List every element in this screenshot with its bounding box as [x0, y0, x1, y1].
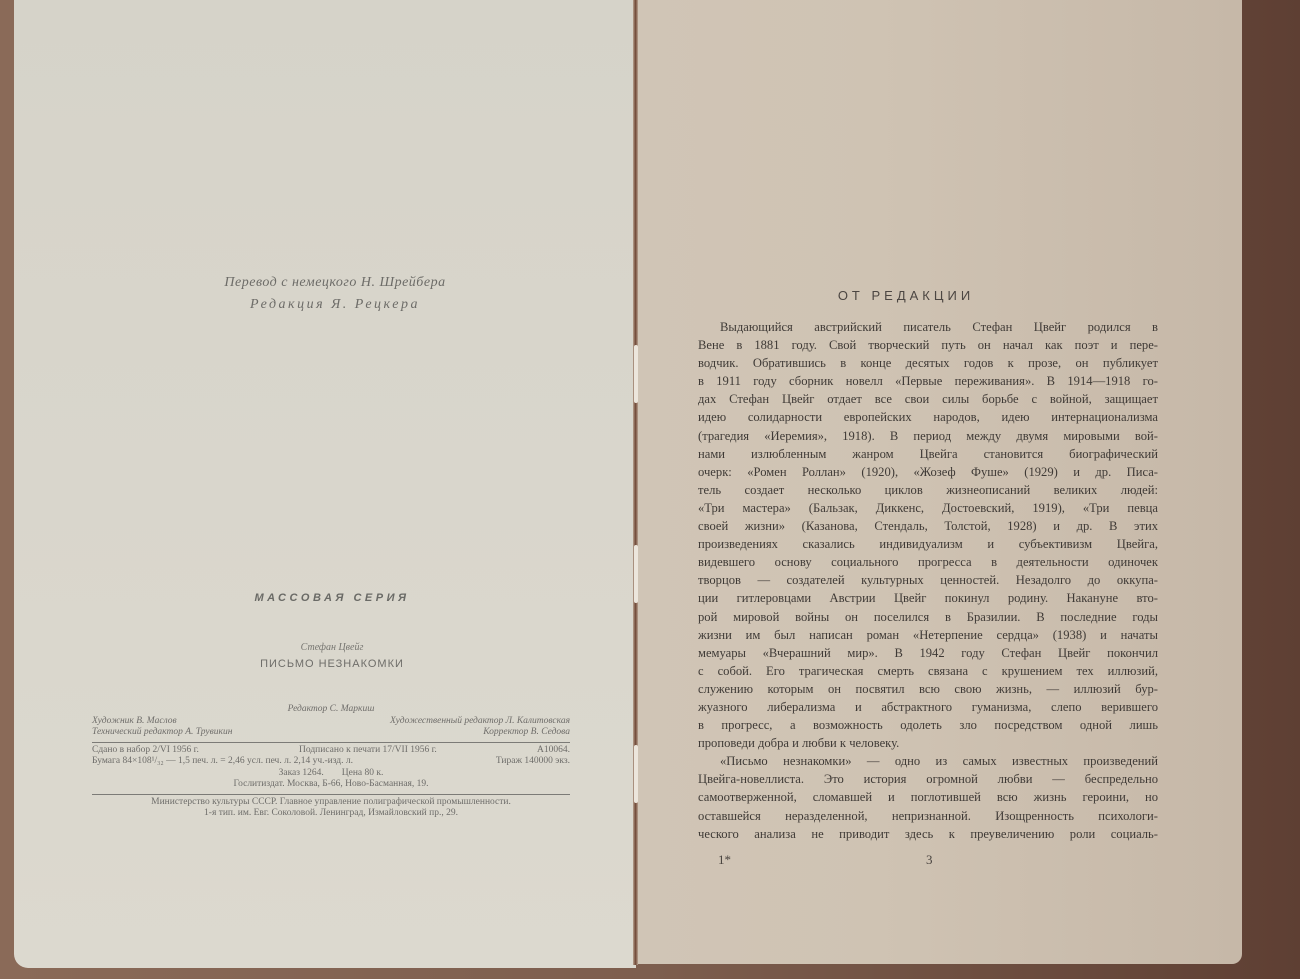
imprint-block: Редактор С. Маркиш Художник В. Маслов Ху…	[92, 704, 570, 820]
text-line: Цвейга-новеллиста. Это история огромной …	[698, 770, 1158, 788]
text-line: ции гитлеровцами Австрии Цвейг покинул р…	[698, 589, 1158, 607]
imprint-editor: Редактор С. Маркиш	[288, 704, 375, 716]
text-line: видевшего основу социального прогресса в…	[698, 553, 1158, 571]
imprint-printer-line1: Министерство культуры СССР. Главное упра…	[151, 797, 511, 809]
translator-line: Перевод с немецкого Н. Шрейбера	[190, 272, 480, 294]
text-line: своей жизни» (Казанова, Стендаль, Толсто…	[698, 517, 1158, 535]
text-line: (трагедия «Иеремия», 1918). В период меж…	[698, 427, 1158, 445]
section-heading: ОТ РЕДАКЦИИ	[636, 288, 1176, 303]
text-line: идею солидарности европейских народов, и…	[698, 408, 1158, 426]
text-line: нами излюбленным жанром Цвейга становитс…	[698, 445, 1158, 463]
imprint-signed-date: Подписано к печати 17/VII 1956 г.	[299, 745, 437, 757]
imprint-art-editor: Художественный редактор Л. Калитовская	[390, 716, 570, 728]
imprint-publisher: Гослитиздат. Москва, Б-66, Ново-Басманна…	[233, 779, 428, 791]
text-line: самоотверженной, сломавшей и поглотившей…	[698, 788, 1158, 806]
imprint-code: А10064.	[537, 745, 570, 757]
text-line: проповеди добра и любви к человеку.	[698, 734, 1158, 752]
page-number: 3	[926, 852, 933, 868]
signature-mark: 1*	[718, 852, 731, 868]
imprint-printer-line2: 1-я тип. им. Евг. Соколовой. Ленинград, …	[204, 808, 458, 820]
text-line: дах Стефан Цвейг отдает все свои силы бо…	[698, 390, 1158, 408]
divider	[92, 742, 570, 743]
text-line: «Письмо незнакомки» — одно из самых изве…	[698, 752, 1158, 770]
text-line: очерк: «Ромен Роллан» (1920), «Жозеф Фуш…	[698, 463, 1158, 481]
book-title: ПИСЬМО НЕЗНАКОМКИ	[232, 658, 432, 670]
imprint-paper: Бумага 84×108¹/₃₂ — 1,5 печ. л. = 2,46 у…	[92, 756, 353, 768]
text-line: в прогресс, а возможность одолеть зло по…	[698, 716, 1158, 734]
text-line: творцов — создателей культурных ценносте…	[698, 571, 1158, 589]
text-line: тель создает несколько циклов жизнеописа…	[698, 481, 1158, 499]
imprint-print-run: Тираж 140000 экз.	[496, 756, 570, 768]
text-line: Вене в 1881 году. Свой творческий путь о…	[698, 336, 1158, 354]
imprint-proofreader: Корректор В. Седова	[483, 727, 570, 739]
imprint-order: Заказ 1264.	[279, 768, 324, 780]
left-page	[14, 0, 636, 968]
text-line: Выдающийся австрийский писатель Стефан Ц…	[698, 318, 1158, 336]
series-name: МАССОВАЯ СЕРИЯ	[232, 592, 432, 604]
text-line: мемуары «Вчерашний мир». В 1942 году Сте…	[698, 644, 1158, 662]
book-spine	[633, 0, 638, 965]
text-line: водчик. Обратившись в конце десятых годо…	[698, 354, 1158, 372]
text-line: оставшейся неразделенной, непризнанной. …	[698, 807, 1158, 825]
text-line: жуазного либерализма и абстрактного гума…	[698, 698, 1158, 716]
editor-line: Редакция Я. Рецкера	[190, 294, 480, 316]
imprint-artist: Художник В. Маслов	[92, 716, 177, 728]
imprint-typeset-date: Сдано в набор 2/VI 1956 г.	[92, 745, 199, 757]
text-line: в 1911 году сборник новелл «Первые переж…	[698, 372, 1158, 390]
text-line: рой мировой войны он поселился в Бразили…	[698, 608, 1158, 626]
text-line: жизни им был написан роман «Нетерпение с…	[698, 626, 1158, 644]
staple	[634, 545, 638, 603]
text-line: ческого анализа не приводит здесь к преу…	[698, 825, 1158, 843]
foreword-text: Выдающийся австрийский писатель Стефан Ц…	[698, 318, 1158, 843]
text-line: произведениях сказались индивидуализм и …	[698, 535, 1158, 553]
text-line: «Три мастера» (Бальзак, Диккенс, Достоев…	[698, 499, 1158, 517]
translation-credits: Перевод с немецкого Н. Шрейбера Редакция…	[190, 272, 480, 316]
staple	[634, 745, 638, 803]
author-name: Стефан Цвейг	[232, 642, 432, 653]
imprint-price: Цена 80 к.	[342, 768, 384, 780]
text-line: служению которым он посвятил всю свою жи…	[698, 680, 1158, 698]
divider	[92, 794, 570, 795]
text-line: с собой. Его трагическая смерть связана …	[698, 662, 1158, 680]
staple	[634, 345, 638, 403]
imprint-tech-editor: Технический редактор А. Трувикин	[92, 727, 232, 739]
